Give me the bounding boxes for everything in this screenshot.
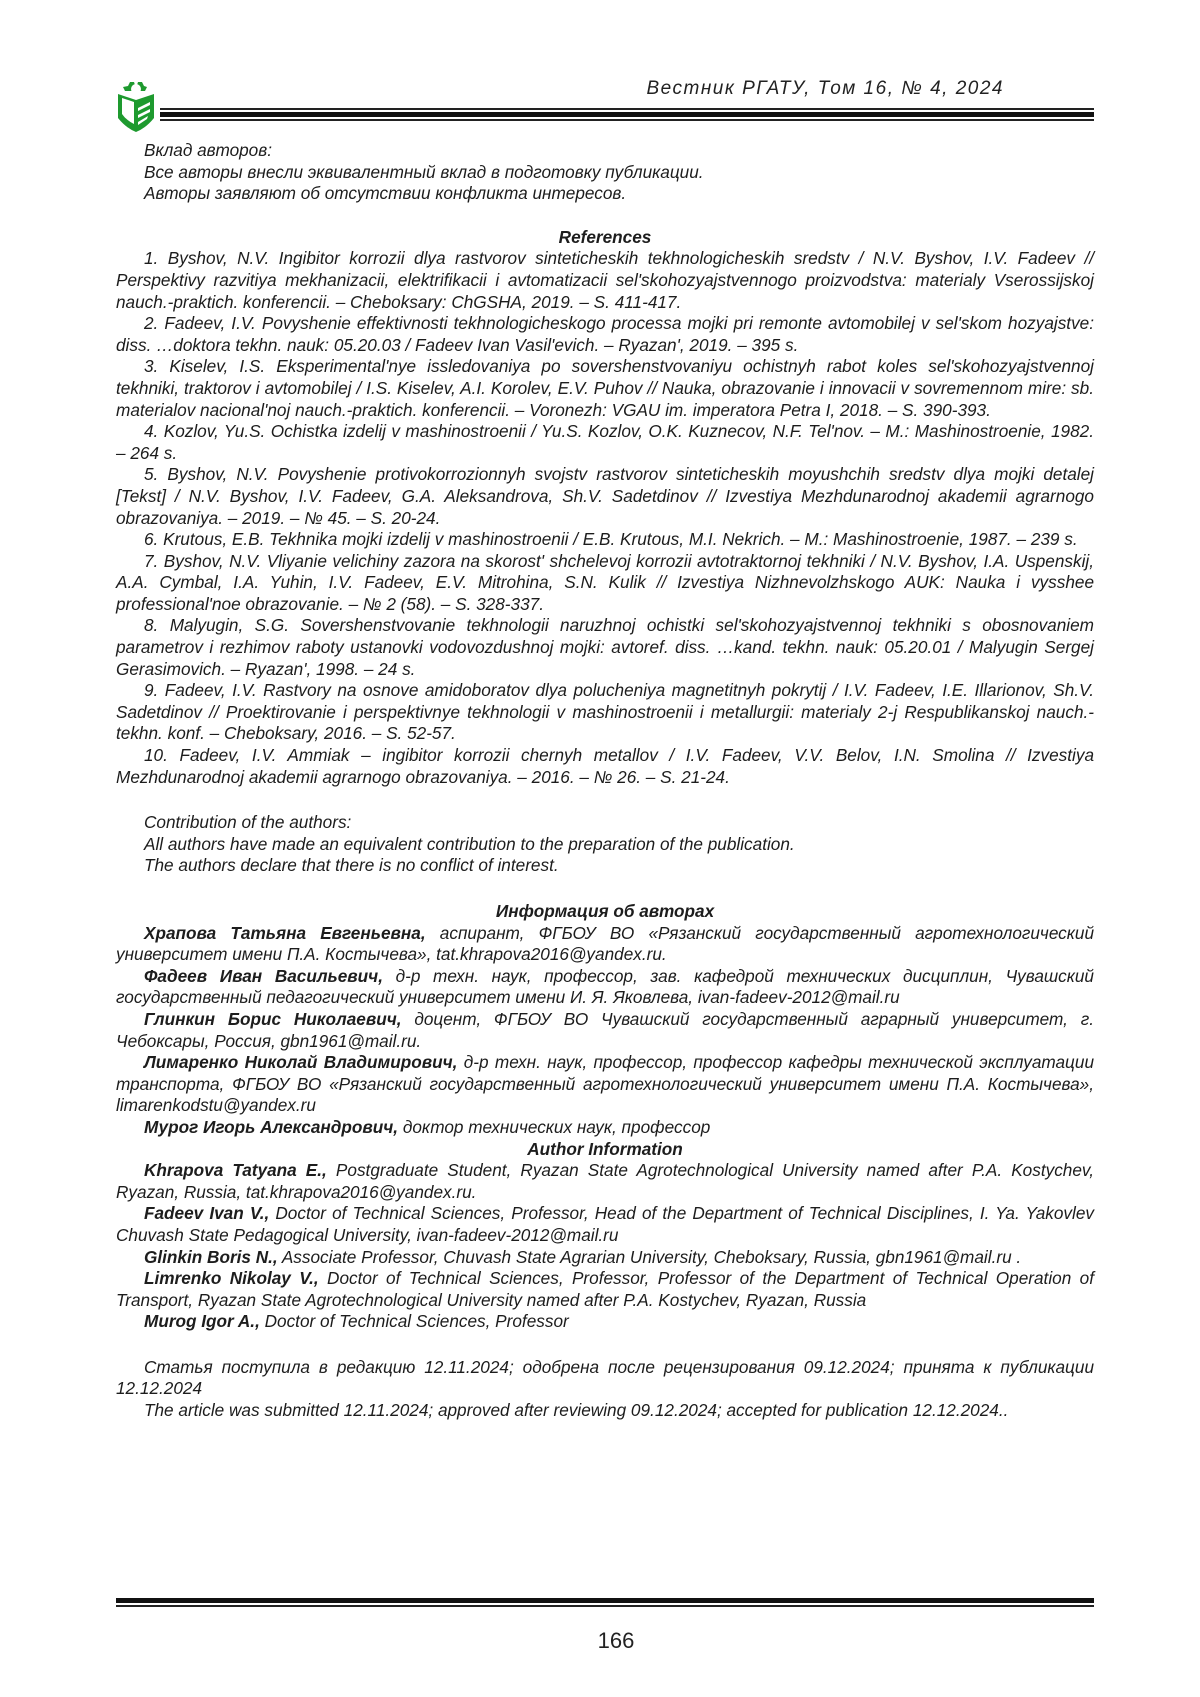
reference-item: 6. Krutous, E.B. Tekhnika mojki izdelij …	[116, 529, 1094, 551]
contribution-en-line2: The authors declare that there is no con…	[116, 855, 1094, 877]
reference-item: 2. Fadeev, I.V. Povyshenie effektivnosti…	[116, 313, 1094, 356]
author-entry: Фадеев Иван Васильевич, д-р техн. наук, …	[116, 966, 1094, 1009]
journal-logo-icon	[116, 78, 156, 134]
reference-item: 9. Fadeev, I.V. Rastvory na osnove amido…	[116, 680, 1094, 745]
authors-ru-section: Информация об авторах Храпова Татьяна Ев…	[116, 901, 1094, 1139]
author-entry: Храпова Татьяна Евгеньевна, аспирант, ФГ…	[116, 923, 1094, 966]
author-name: Храпова Татьяна Евгеньевна,	[144, 923, 426, 943]
contribution-en-line1: All authors have made an equivalent cont…	[116, 834, 1094, 856]
author-entry: Fadeev Ivan V., Doctor of Technical Scie…	[116, 1203, 1094, 1246]
author-name: Limrenko Nikolay V.,	[144, 1268, 319, 1288]
author-entry: Лимаренко Николай Владимирович, д-р техн…	[116, 1052, 1094, 1117]
dates-ru: Статья поступила в редакцию 12.11.2024; …	[116, 1357, 1094, 1400]
footer-rule	[116, 1598, 1094, 1607]
journal-title: Вестник РГАТУ, Том 16, № 4, 2024	[646, 78, 1004, 100]
author-name: Глинкин Борис Николаевич,	[144, 1009, 402, 1029]
authors-en-section: Author Information Khrapova Tatyana E., …	[116, 1139, 1094, 1333]
author-name: Фадеев Иван Васильевич,	[144, 966, 383, 986]
contribution-ru-title: Вклад авторов:	[116, 140, 1094, 162]
references-section: References 1. Byshov, N.V. Ingibitor kor…	[116, 227, 1094, 788]
reference-item: 4. Kozlov, Yu.S. Ochistka izdelij v mash…	[116, 421, 1094, 464]
author-entry: Khrapova Tatyana E., Postgraduate Studen…	[116, 1160, 1094, 1203]
author-name: Fadeev Ivan V.,	[144, 1203, 269, 1223]
author-entry: Limrenko Nikolay V., Doctor of Technical…	[116, 1268, 1094, 1311]
contribution-en: Contribution of the authors: All authors…	[116, 812, 1094, 877]
reference-item: 7. Byshov, N.V. Vliyanie velichiny zazor…	[116, 551, 1094, 616]
reference-item: 1. Byshov, N.V. Ingibitor korrozii dlya …	[116, 248, 1094, 313]
authors-en-title: Author Information	[116, 1139, 1094, 1161]
author-details: Associate Professor, Chuvash State Agrar…	[278, 1247, 1021, 1267]
contribution-ru-line2: Авторы заявляют об отсутствии конфликта …	[116, 183, 1094, 205]
reference-item: 3. Kiselev, I.S. Eksperimental'nye issle…	[116, 356, 1094, 421]
authors-ru-title: Информация об авторах	[116, 901, 1094, 923]
author-name: Khrapova Tatyana E.,	[144, 1160, 327, 1180]
author-entry: Glinkin Boris N., Associate Professor, C…	[116, 1247, 1094, 1269]
author-name: Murog Igor A.,	[144, 1311, 260, 1331]
author-name: Мурог Игорь Александрович,	[144, 1117, 398, 1137]
references-title: References	[116, 227, 1094, 249]
author-entry: Murog Igor A., Doctor of Technical Scien…	[116, 1311, 1094, 1333]
author-details: Doctor of Technical Sciences, Professor	[260, 1311, 569, 1331]
page-number: 166	[0, 1628, 1200, 1654]
header-rule	[160, 108, 1094, 121]
contribution-ru-line1: Все авторы внесли эквивалентный вклад в …	[116, 162, 1094, 184]
article-dates: Статья поступила в редакцию 12.11.2024; …	[116, 1357, 1094, 1422]
contribution-en-title: Contribution of the authors:	[116, 812, 1094, 834]
page-content: Вклад авторов: Все авторы внесли эквивал…	[116, 140, 1094, 1422]
author-name: Лимаренко Николай Владимирович,	[144, 1052, 457, 1072]
reference-item: 8. Malyugin, S.G. Sovershenstvovanie tek…	[116, 615, 1094, 680]
dates-en: The article was submitted 12.11.2024; ap…	[116, 1400, 1094, 1422]
contribution-ru: Вклад авторов: Все авторы внесли эквивал…	[116, 140, 1094, 205]
reference-item: 10. Fadeev, I.V. Ammiak – ingibitor korr…	[116, 745, 1094, 788]
page-header: Вестник РГАТУ, Том 16, № 4, 2024	[116, 70, 1094, 140]
author-entry: Мурог Игорь Александрович, доктор технич…	[116, 1117, 1094, 1139]
reference-item: 5. Byshov, N.V. Povyshenie protivokorroz…	[116, 464, 1094, 529]
author-name: Glinkin Boris N.,	[144, 1247, 278, 1267]
author-entry: Глинкин Борис Николаевич, доцент, ФГБОУ …	[116, 1009, 1094, 1052]
author-details: доктор технических наук, профессор	[398, 1117, 710, 1137]
